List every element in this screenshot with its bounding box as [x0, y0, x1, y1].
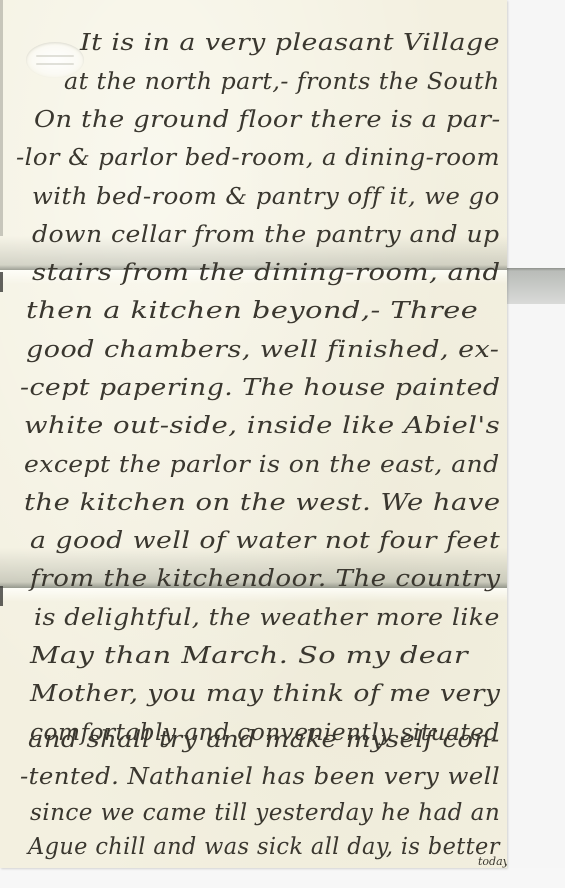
- letter-page: It is in a very pleasant Village at the …: [0, 0, 507, 868]
- text-line: at the north part,- fronts the South: [64, 69, 500, 95]
- text-line: -cept papering. The house painted: [20, 375, 500, 401]
- text-line: white out-side, inside like Abiel's: [24, 413, 500, 439]
- text-line: -lor & parlor bed-room, a dining-room: [16, 145, 500, 171]
- text-line: good chambers, well finished, ex-: [26, 337, 499, 363]
- interlinear-annotation: today: [478, 855, 507, 868]
- fold-shadow-edge: [507, 268, 565, 304]
- text-line: Ague chill and was sick all day, is bett…: [28, 834, 500, 860]
- text-line: down cellar from the pantry and up: [32, 222, 500, 248]
- text-line: It is in a very pleasant Village: [80, 30, 500, 56]
- text-line: the kitchen on the west. We have: [24, 490, 501, 516]
- page-edge-shadow: [0, 0, 3, 236]
- text-line: with bed-room & pantry off it, we go: [32, 184, 500, 210]
- text-line: On the ground floor there is a par-: [34, 107, 501, 133]
- scan-background-bottom: [0, 868, 565, 888]
- text-line: a good well of water not four feet: [30, 528, 500, 554]
- text-line: from the kitchendoor. The country: [30, 566, 501, 592]
- text-line: is delightful, the weather more like: [34, 605, 500, 631]
- page-edge-shadow: [0, 272, 3, 292]
- text-line: Mother, you may think of me very: [30, 681, 500, 707]
- text-line: and shall try and make myself con-: [28, 727, 500, 753]
- text-line: stairs from the dining-room, and: [32, 260, 501, 286]
- scan-background-right: [507, 0, 565, 888]
- text-line: May than March. So my dear: [30, 643, 468, 669]
- text-line: since we came till yesterday he had an: [30, 800, 500, 826]
- text-line: -tented. Nathaniel has been very well: [20, 764, 500, 790]
- text-line: except the parlor is on the east, and: [24, 452, 500, 478]
- text-line: then a kitchen beyond,- Three: [26, 298, 478, 324]
- page-edge-shadow: [0, 586, 3, 606]
